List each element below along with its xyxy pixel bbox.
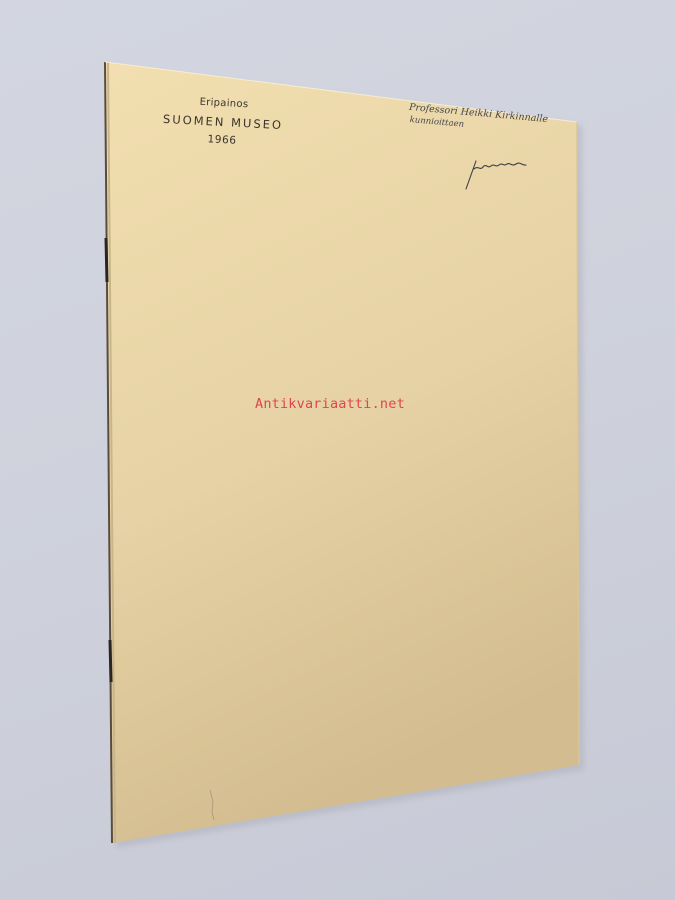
staple-bottom	[110, 640, 111, 682]
staple-top	[106, 238, 107, 282]
imprint-publication: SUOMEN MUSEO	[148, 111, 299, 133]
booklet	[0, 0, 675, 900]
watermark-text: Antikvariaatti.net	[255, 396, 405, 412]
cover-imprint: Eripainos SUOMEN MUSEO 1966	[147, 94, 299, 150]
signature-icon	[462, 155, 552, 195]
photo-scene: Eripainos SUOMEN MUSEO 1966 Professori H…	[0, 0, 675, 900]
